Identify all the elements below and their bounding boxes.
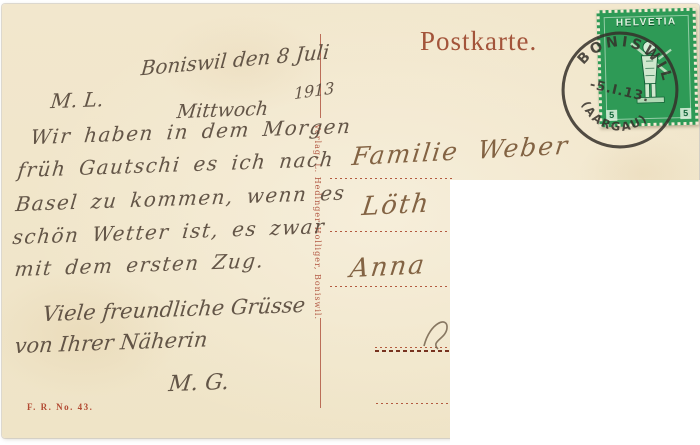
message-dateline: Boniswil den 8 Juli — [140, 40, 331, 81]
divider-line-bottom — [320, 318, 321, 408]
postcard-title: Postkarte. — [420, 26, 537, 57]
address-rule-1 — [330, 177, 452, 179]
address-rule-2 — [330, 230, 452, 232]
address-rule-3 — [330, 285, 452, 287]
message-line: Basel zu kommen, wenn es — [14, 180, 346, 216]
scanner-background: Postkarte. Verlag: L. Hedinger-Holliger,… — [0, 0, 700, 445]
privacy-blank-box — [450, 180, 700, 445]
address-rule-5 — [376, 402, 453, 404]
message-line: früh Gautschi es ich nach — [16, 147, 335, 182]
message-line: schön Wetter ist, es zwar — [11, 214, 326, 249]
address-line-2: Löth — [360, 188, 432, 222]
message-closing-2: von Ihrer Näherin — [13, 327, 208, 358]
postmark: BONISWIL (AARGAU) -5.I.13. — [558, 26, 682, 154]
print-number: F. R. No. 43. — [27, 402, 93, 412]
message-line: mit dem ersten Zug. — [13, 248, 265, 281]
address-line-1: Familie Weber — [350, 131, 570, 172]
message-salutation: M. L. — [49, 87, 104, 113]
message-closing: Viele freundliche Grüsse — [41, 293, 306, 326]
postmark-date: -5.I.13. — [588, 77, 651, 105]
address-line-3: Anna — [348, 250, 427, 284]
message-line: Wir haben in dem Morgen — [29, 114, 352, 149]
message-year: 1913 — [294, 78, 334, 103]
message-signature: M. G. — [167, 370, 230, 397]
